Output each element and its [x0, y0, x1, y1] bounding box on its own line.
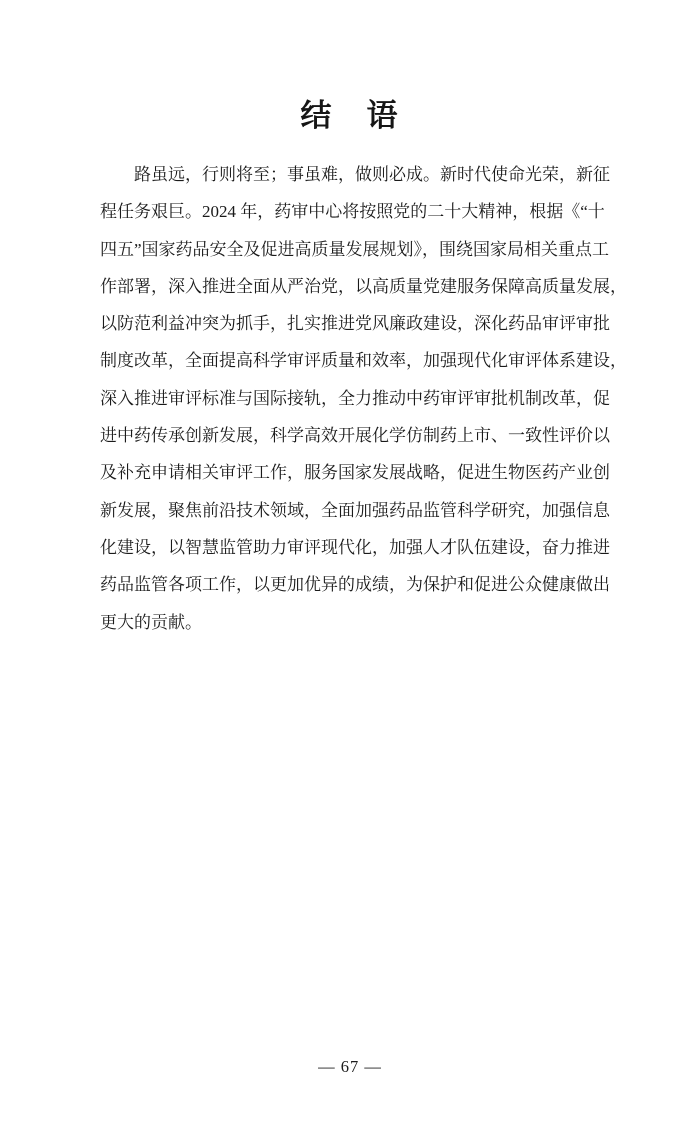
document-page: 结 语 路虽远，行则将至；事虽难，做则必成。新时代使命光荣，新征 程任务艰巨。2…: [0, 0, 700, 1148]
paragraph-line: 路虽远，行则将至；事虽难，做则必成。新时代使命光荣，新征: [100, 156, 599, 193]
paragraph-line: 及补充申请相关审评工作，服务国家发展战略，促进生物医药产业创: [100, 454, 599, 491]
paragraph-line: 进中药传承创新发展，科学高效开展化学仿制药上市、一致性评价以: [100, 417, 599, 454]
paragraph-line: 作部署，深入推进全面从严治党，以高质量党建服务保障高质量发展，: [100, 268, 599, 305]
paragraph-line: 程任务艰巨。2024 年，药审中心将按照党的二十大精神，根据《“十: [100, 193, 599, 230]
page-title: 结 语: [0, 98, 700, 134]
conclusion-paragraph: 路虽远，行则将至；事虽难，做则必成。新时代使命光荣，新征 程任务艰巨。2024 …: [100, 156, 599, 641]
paragraph-line: 新发展，聚焦前沿技术领域，全面加强药品监管科学研究，加强信息: [100, 492, 599, 529]
paragraph-line: 深入推进审评标准与国际接轨，全力推动中药审评审批机制改革，促: [100, 380, 599, 417]
paragraph-line: 药品监管各项工作，以更加优异的成绩，为保护和促进公众健康做出: [100, 566, 599, 603]
paragraph-line: 制度改革，全面提高科学审评质量和效率，加强现代化审评体系建设，: [100, 342, 599, 379]
page-number: — 67 —: [0, 1055, 700, 1079]
paragraph-line: 化建设，以智慧监管助力审评现代化，加强人才队伍建设，奋力推进: [100, 529, 599, 566]
paragraph-line: 以防范利益冲突为抓手，扎实推进党风廉政建设，深化药品审评审批: [100, 305, 599, 342]
paragraph-line: 四五”国家药品安全及促进高质量发展规划》，围绕国家局相关重点工: [100, 231, 599, 268]
paragraph-line: 更大的贡献。: [100, 604, 599, 641]
